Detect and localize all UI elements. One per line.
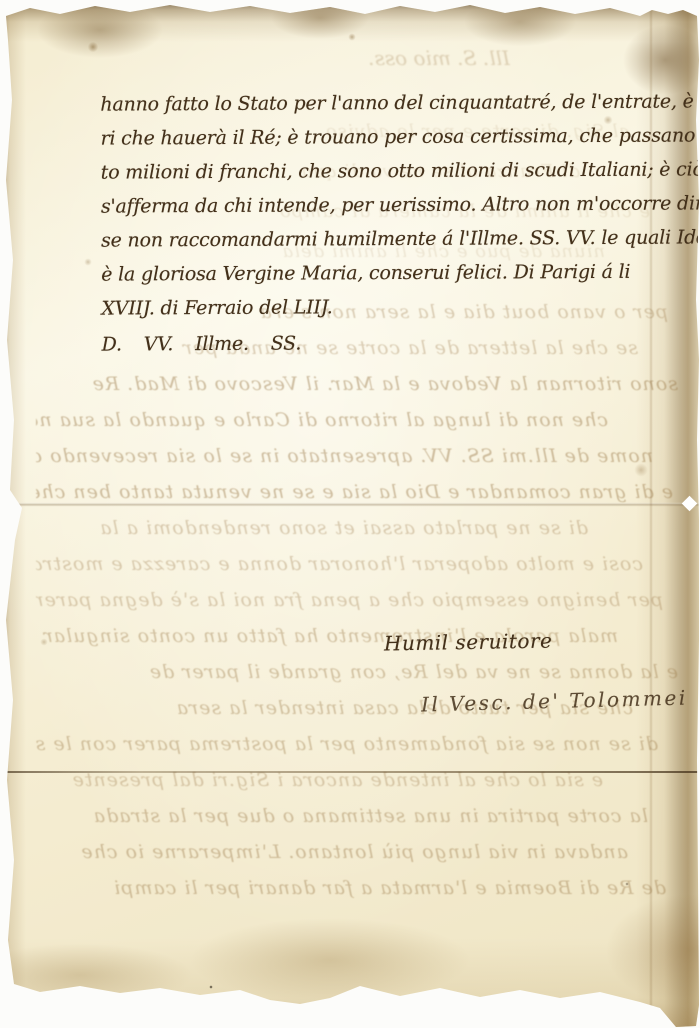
bleedthrough-line: la corte partira in una settimana o due … <box>36 798 648 834</box>
manuscript-paper: Ill. S. mio oss. al Sig. di corte e per … <box>0 0 700 1028</box>
bleedthrough-line: di se ne parlato assai et sono rendendom… <box>36 510 588 546</box>
bleedthrough-layer: per o vano bout dia e la sera non s'era … <box>36 294 678 910</box>
letter-body: hanno fatto lo Stato per l'anno del cinq… <box>100 84 700 361</box>
body-line: se non raccomandarmi humilmente á l'Illm… <box>101 220 700 257</box>
bleedthrough-line: sono ritornan la Vedova e la Mar. il Ves… <box>36 366 678 402</box>
bleedthrough-line: per benigno essempio che a pena fra noi … <box>36 582 663 618</box>
bleedthrough-line: nome de Ill.mi SS. VV. apresentato in se… <box>36 438 653 474</box>
horizontal-fold-crease-upper <box>0 503 700 506</box>
edge-tear-notch <box>682 496 698 512</box>
bleedthrough-line: e la donna se ne va del Re, con grande i… <box>36 654 678 690</box>
horizontal-fold-crease-lower <box>0 771 700 773</box>
signature: Il Vesc. de' Tolommei <box>421 686 688 717</box>
bleedthrough-line: de Re di Boemia e l'armata a far danari … <box>36 870 666 906</box>
bleedthrough-line: e sia lo che al intende ancora i Sig.ri … <box>36 762 603 798</box>
body-line: s'afferma da chi intende, per uerissimo.… <box>101 186 700 223</box>
body-line: è la gloriosa Vergine Maria, conserui fe… <box>101 254 700 291</box>
body-line: ri che hauerà il Ré; è trouano per cosa … <box>100 118 699 155</box>
scanned-page: { "document": { "kind": "handwritten man… <box>0 0 700 1028</box>
bleedthrough-top-fragment: Ill. S. mio oss. <box>250 46 510 70</box>
closing-salutation: D. VV. Illme. SS. <box>102 324 700 361</box>
bleedthrough-line: e di gran comandar e Dio la sia e se ne … <box>36 474 673 510</box>
bleedthrough-line: che non di lunga al ritorno di Carlo e q… <box>36 402 608 438</box>
bleedthrough-line: di se non se sia fondamento per la postr… <box>36 726 658 762</box>
bleedthrough-line: cosi e molto adoperar l'honorar donna e … <box>36 546 643 582</box>
bleedthrough-line: andava in via lungo più lontano. L'imper… <box>36 834 628 870</box>
body-line: to milioni di franchi, che sono otto mil… <box>101 152 700 189</box>
valediction: Humil seruitore <box>384 629 553 656</box>
body-line-dateline: XVIIJ. di Ferraio del LIIJ. <box>101 288 700 325</box>
body-line: hanno fatto lo Stato per l'anno del cinq… <box>100 84 699 121</box>
